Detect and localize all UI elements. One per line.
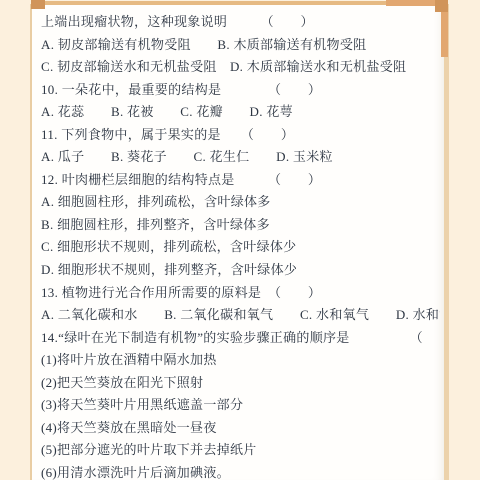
question-9-stem-tail: 上端出现瘤状物，这种现象说明 （ ） [41,11,440,34]
question-12-option-c: C. 细胞形状不规则，排列疏松，含叶绿体少 [41,236,440,259]
question-14-stem: 14.“绿叶在光下制造有机物”的实验步骤正确的顺序是 （ ） [41,327,440,350]
question-12-option-b: B. 细胞圆柱形，排列整齐，含叶绿体多 [41,214,440,237]
question-11-options: A. 瓜子 B. 葵花子 C. 花生仁 D. 玉米粒 [41,146,440,169]
exam-paper-card: 上端出现瘤状物，这种现象说明 （ ） A. 韧皮部输送有机物受阻 B. 木质部输… [30,4,449,480]
question-13-stem: 13. 植物进行光合作用所需要的原料是 （ ） [41,282,440,305]
frame-top-border-decoration [41,1,440,5]
question-14-step-4: (4)将天竺葵放在黑暗处一昼夜 [41,417,440,440]
question-14-step-5: (5)把部分遮光的叶片取下并去掉纸片 [41,439,440,462]
question-9-options-ab: A. 韧皮部输送有机物受阻 B. 木质部输送有机物受阻 [41,34,440,57]
question-12-option-d: D. 细胞形状不规则，排列整齐，含叶绿体少 [41,259,440,282]
question-12-option-a: A. 细胞圆柱形，排列疏松，含叶绿体多 [41,191,440,214]
frame-corner-top-right-tip-decoration [435,0,448,12]
question-13-options: A. 二氧化碳和水 B. 二氧化碳和氧气 C. 水和氧气 D. 水和空气 [41,304,440,327]
question-10-options: A. 花蕊 B. 花被 C. 花瓣 D. 花萼 [41,101,440,124]
question-11-stem: 11. 下列食物中，属于果实的是 （ ） [41,124,440,147]
frame-corner-top-left-decoration [31,0,45,9]
question-10-stem: 10. 一朵花中，最重要的结构是 （ ） [41,79,440,102]
question-14-step-3: (3)将天竺葵叶片用黑纸遮盖一部分 [41,394,440,417]
question-12-stem: 12. 叶肉栅栏层细胞的结构特点是 （ ） [41,169,440,192]
question-14-step-1: (1)将叶片放在酒精中隔水加热 [41,349,440,372]
exam-page-background: 上端出现瘤状物，这种现象说明 （ ） A. 韧皮部输送有机物受阻 B. 木质部输… [0,0,480,480]
question-14-step-6: (6)用清水漂洗叶片后滴加碘液。 [41,462,440,480]
question-14-step-2: (2)把天竺葵放在阳光下照射 [41,372,440,395]
exam-text-area: 上端出现瘤状物，这种现象说明 （ ） A. 韧皮部输送有机物受阻 B. 木质部输… [32,4,444,480]
question-9-options-cd: C. 韧皮部输送水和无机盐受阻 D. 木质部输送水和无机盐受阻 [41,56,440,79]
